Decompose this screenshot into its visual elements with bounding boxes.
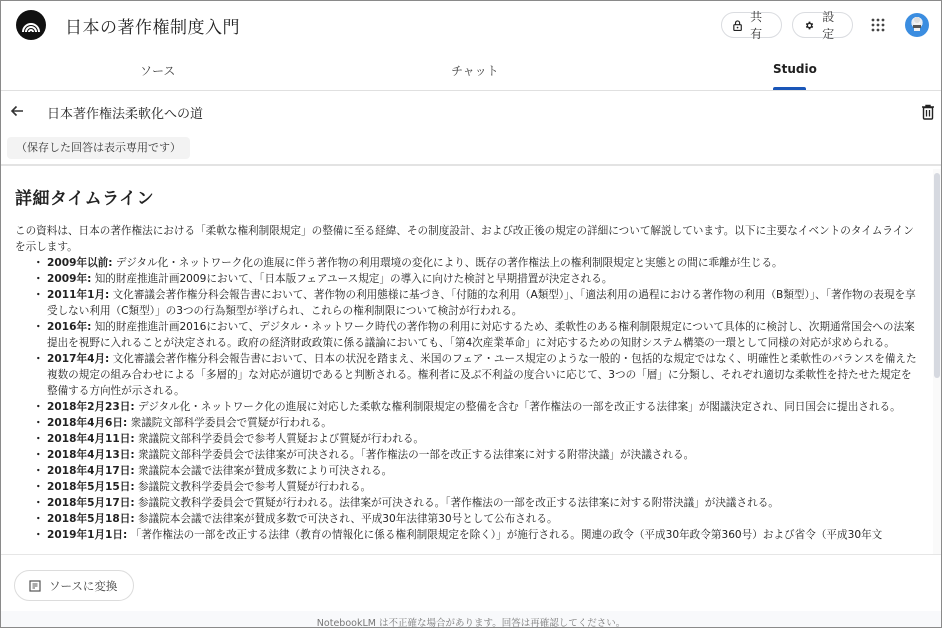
timeline-date: 2009年以前: [47,257,113,269]
timeline-item: 2018年4月13日: 衆議院文部科学委員会で法律案が可決される。「著作権法の一… [37,447,919,463]
active-tab-indicator [773,87,806,90]
timeline-item: 2018年5月17日: 参議院文教科学委員会で質疑が行われる。法律案が可決される… [37,495,919,511]
timeline-item: 2018年5月15日: 参議院文教科学委員会で参考人質疑が行われる。 [37,479,919,495]
timeline-item: 2019年1月1日: 「著作権法の一部を改正する法律（教育の情報化に係る権利制限… [37,527,919,543]
note-header: 日本著作権法柔軟化への道 [1,91,941,131]
timeline-item: 2011年1月: 文化審議会著作権分科会報告書において、著作物の利用態様に基づき… [37,287,919,319]
convert-note-icon [29,580,41,592]
timeline-date: 2018年5月18日: [47,513,135,525]
timeline-date: 2019年1月1日: [47,529,127,541]
timeline-date: 2017年4月: [47,353,109,365]
lock-icon [733,19,742,32]
convert-to-source-label: ソースに変換 [49,578,117,594]
intro-paragraph: この資料は、日本の著作権法における「柔軟な権利制限規定」の整備に至る経緯、その制… [15,223,919,255]
top-bar: 日本の著作権制度入門 共有 設定 [1,1,941,49]
gear-icon [804,19,814,32]
timeline-date: 2011年1月: [47,289,109,301]
timeline-date: 2016年: [47,321,91,333]
settings-button[interactable]: 設定 [792,12,853,38]
timeline-item: 2009年: 知的財産推進計画2009において、「日本版フェアユース規定」の導入… [37,271,919,287]
panel-tabs: ソース チャット Studio [1,49,941,91]
timeline-text: デジタル化・ネットワーク化の進展に伴う著作物の利用環境の変化により、既存の著作権… [113,257,783,269]
timeline-date: 2018年5月15日: [47,481,135,493]
timeline-text: 「著作権法の一部を改正する法律（教育の情報化に係る権利制限規定を除く）」が施行さ… [127,529,882,541]
timeline-date: 2009年: [47,273,91,285]
notebooklm-logo-icon[interactable] [16,10,46,40]
note-content: 詳細タイムライン この資料は、日本の著作権法における「柔軟な権利制限規定」の整備… [1,166,933,554]
timeline-item: 2018年4月11日: 衆議院文部科学委員会で参考人質疑および質疑が行われる。 [37,431,919,447]
timeline-text: 参議院文教科学委員会で参考人質疑が行われる。 [135,481,371,493]
timeline-date: 2018年2月23日: [47,401,135,413]
timeline-text: 知的財産推進計画2016において、デジタル・ネットワーク時代の著作物の利用に対応… [47,321,915,349]
timeline-text: 文化審議会著作権分科会報告書において、日本の状況を踏まえ、米国のフェア・ユース規… [47,353,917,397]
timeline-item: 2016年: 知的財産推進計画2016において、デジタル・ネットワーク時代の著作… [37,319,919,351]
content-scrollbar-thumb[interactable] [934,173,940,378]
share-button[interactable]: 共有 [721,12,782,38]
timeline-item: 2018年5月18日: 参議院本会議で法律案が賛成多数で可決され、平成30年法律… [37,511,919,527]
timeline-list: 2009年以前: デジタル化・ネットワーク化の進展に伴う著作物の利用環境の変化に… [37,255,919,543]
timeline-text: 参議院本会議で法律案が賛成多数で可決され、平成30年法律第30号として公布される… [135,513,558,525]
share-label: 共有 [750,8,770,42]
timeline-item: 2018年4月17日: 衆議院本会議で法律案が賛成多数により可決される。 [37,463,919,479]
user-avatar[interactable] [905,13,929,37]
timeline-item: 2018年4月6日: 衆議院文部科学委員会で質疑が行われる。 [37,415,919,431]
tab-studio[interactable]: Studio [773,62,817,76]
timeline-date: 2018年5月17日: [47,497,135,509]
timeline-text: 衆議院文部科学委員会で参考人質疑および質疑が行われる。 [135,433,424,445]
tab-sources[interactable]: ソース [140,62,175,79]
timeline-text: 文化審議会著作権分科会報告書において、著作物の利用態様に基づき、「付随的な利用（… [47,289,916,317]
trash-icon[interactable] [921,104,935,120]
notebook-title: 日本の著作権制度入門 [65,13,240,38]
apps-grid-icon[interactable] [871,18,885,32]
footer-divider [1,554,941,555]
timeline-text: 衆議院文部科学委員会で法律案が可決される。「著作権法の一部を改正する法律案に対す… [135,449,695,461]
timeline-date: 2018年4月11日: [47,433,135,445]
tab-chat[interactable]: チャット [451,62,499,79]
timeline-item: 2009年以前: デジタル化・ネットワーク化の進展に伴う著作物の利用環境の変化に… [37,255,919,271]
section-heading: 詳細タイムライン [15,184,919,209]
timeline-item: 2018年2月23日: デジタル化・ネットワーク化の進展に対応した柔軟な権利制限… [37,399,919,415]
disclaimer-text: NotebookLM は不正確な場合があります。回答は再確認してください。 [1,615,941,628]
timeline-text: デジタル化・ネットワーク化の進展に対応した柔軟な権利制限規定の整備を含む「著作権… [135,401,901,413]
settings-label: 設定 [822,8,841,42]
timeline-date: 2018年4月6日: [47,417,127,429]
note-title: 日本著作権法柔軟化への道 [47,103,203,122]
timeline-item: 2017年4月: 文化審議会著作権分科会報告書において、日本の状況を踏まえ、米国… [37,351,919,399]
timeline-text: 参議院文教科学委員会で質疑が行われる。法律案が可決される。「著作権法の一部を改正… [135,497,779,509]
readonly-notice: （保存した回答は表示専用です） [7,137,190,159]
timeline-text: 衆議院文部科学委員会で質疑が行われる。 [127,417,332,429]
timeline-date: 2018年4月17日: [47,465,135,477]
timeline-text: 知的財産推進計画2009において、「日本版フェアユース規定」の導入に向けた検討と… [91,273,612,285]
convert-to-source-button[interactable]: ソースに変換 [14,570,134,601]
timeline-text: 衆議院本会議で法律案が賛成多数により可決される。 [135,465,393,477]
back-arrow-icon[interactable] [9,103,25,119]
timeline-date: 2018年4月13日: [47,449,135,461]
